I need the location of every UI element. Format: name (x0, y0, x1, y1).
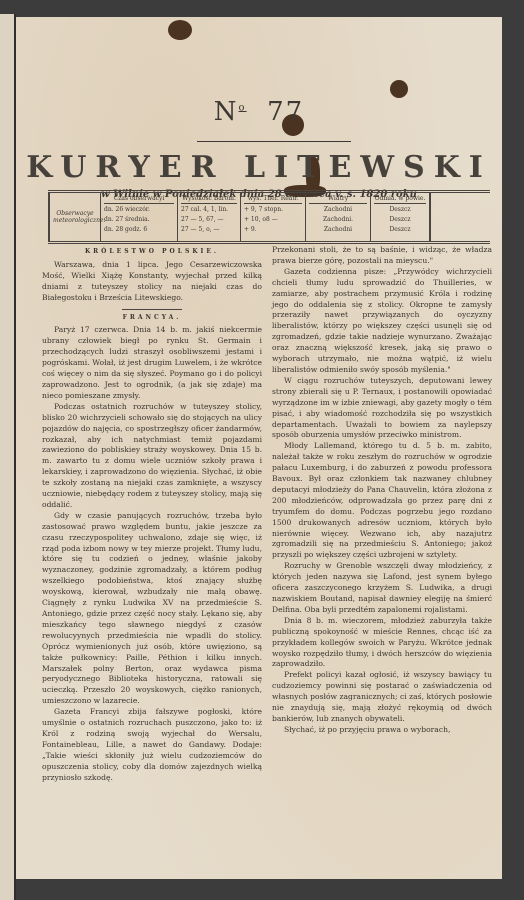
left-column: KRÓLESTWO POLSKIE. Warszawa, dnia 1 lipc… (42, 245, 262, 784)
article-paragraph: Paryż 17 czerwca. Dnia 14 b. m. jakiś ni… (42, 325, 262, 401)
article-paragraph: Gazeta Francyi zbija fałszywe pogłoski, … (42, 707, 262, 783)
weather-col-time: Czas obserwacyi dn. 26 wieczór. dn. 27 ś… (101, 193, 178, 241)
article-paragraph: Gdy w czasie panujących rozruchów, trzeb… (42, 511, 262, 707)
article-columns: KRÓLESTWO POLSKIE. Warszawa, dnia 1 lipc… (42, 245, 492, 784)
ink-stain (390, 80, 408, 98)
weather-table: Obserwacye meteorologiczne. Czas obserwa… (48, 190, 490, 244)
article-paragraph: Prefekt policyi kazał ogłosić, iż wszysc… (272, 670, 492, 725)
adjacent-page-edge (0, 14, 16, 900)
weather-col-thermometer: wys. Ther. Reau. + 9, 7 stopn. + 10, o8 … (241, 193, 306, 241)
section-heading-poland: KRÓLESTWO POLSKIE. (42, 247, 262, 258)
article-paragraph: Dnia 8 b. m. wieczorem, młodzież zaburzy… (272, 616, 492, 671)
ink-stain (168, 20, 192, 40)
issue-number: No 77 (16, 97, 502, 127)
article-paragraph: Młody Lallemand, którego tu d. 5 b. m. z… (272, 441, 492, 561)
weather-col-conditions: Odmia. w powie. Deszcz Deszcz Deszcz (371, 193, 431, 241)
right-column: Przekonani stoli, że to są baśnie, i wid… (272, 245, 492, 784)
section-heading-france: FRANCYA. (42, 313, 262, 324)
article-paragraph: Podczas ostatnich rozruchów w tuteyszey … (42, 402, 262, 511)
article-paragraph: W ciągu rozruchów tuteyszych, deputowani… (272, 376, 492, 441)
article-paragraph: Słychać, iż po przyjęciu prawa o wyborac… (272, 725, 492, 736)
weather-col-barometer: Wysokość Barom. 27 cal. 4, 1, lin. 27 — … (178, 193, 241, 241)
article-paragraph: Przekonani stoli, że to są baśnie, i wid… (272, 245, 492, 267)
weather-col-wind: Wiatry Zachodni Zachodni. Zachodni (306, 193, 371, 241)
section-divider (122, 309, 182, 310)
article-paragraph: Rozruchy w Grenoble wszczęli dway młodzi… (272, 561, 492, 616)
article-paragraph: Warszawa, dnia 1 lipca. Jego Cesarzewicz… (42, 260, 262, 304)
newspaper-title: KURYER LITEWSKI (16, 150, 502, 185)
weather-label: Obserwacye meteorologiczne. (48, 193, 101, 241)
article-paragraph: Gazeta codzienna pisze: „Przywódcy wichr… (272, 267, 492, 376)
title-rule (197, 141, 351, 142)
